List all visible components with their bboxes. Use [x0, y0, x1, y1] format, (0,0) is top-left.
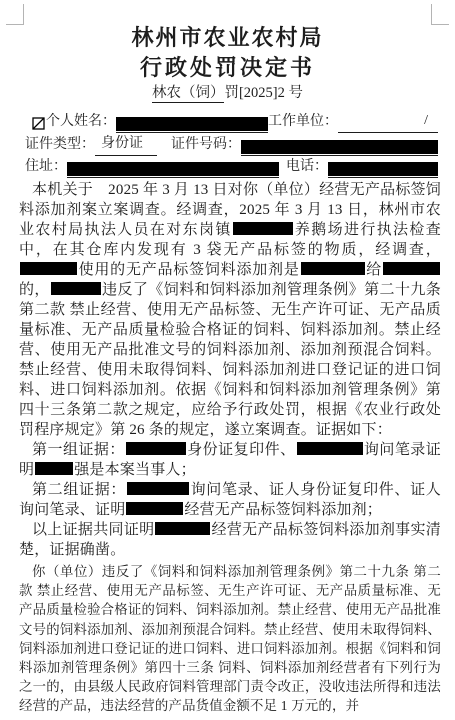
case-number-rest: 罚[2025]2 号: [224, 85, 303, 101]
redaction-box: [51, 282, 101, 295]
address-label: 住址：: [25, 156, 67, 178]
redaction-box: [328, 162, 438, 176]
redaction-box: [127, 482, 189, 495]
id-number-redaction: [241, 140, 438, 156]
redaction-box: [126, 502, 183, 515]
party-row-address: 住址： 电话：: [25, 156, 438, 178]
case-number: 林农（饲）罚[2025]2 号: [0, 84, 455, 103]
phone-label: 电话：: [286, 156, 328, 178]
redaction-box: [233, 222, 293, 235]
paragraph: 第一组证据：身份证复印件、询问笔录证明强是本案当事人；: [19, 440, 441, 480]
work-unit-label: 工作单位：: [268, 111, 338, 133]
org-title: 林州市农业农村局: [0, 24, 455, 51]
redaction-box: [116, 117, 268, 131]
crop-mark-top-right: [431, 4, 449, 25]
paragraph: 第二组证据：询问笔录、证人身份证复印件、证人询问笔录、证明经营无产品标签饲料添加…: [19, 480, 441, 520]
document-header: 林州市农业农村局 行政处罚决定书 林农（饲）罚[2025]2 号: [0, 24, 455, 103]
penalty-decision-document: 林州市农业农村局 行政处罚决定书 林农（饲）罚[2025]2 号 个人姓名： 工…: [0, 0, 455, 720]
id-type-value: 身份证: [95, 133, 157, 156]
redaction-box: [67, 162, 279, 176]
document-body: 本机关于 2025 年 3 月 13 日对你（单位）经营无产品标签饲料添加剂案立…: [19, 180, 441, 716]
doc-type-title: 行政处罚决定书: [0, 53, 455, 82]
party-info: 个人姓名： 工作单位： / 证件类型： 身份证 证件号码： 住址： 电话：: [25, 110, 438, 178]
redaction-box: [297, 442, 363, 455]
phone-redaction: [328, 162, 438, 178]
id-type-label: 证件类型：: [25, 134, 95, 156]
party-row-id: 证件类型： 身份证 证件号码：: [25, 133, 438, 156]
name-redaction: [116, 117, 268, 133]
paragraph: 本机关于 2025 年 3 月 13 日对你（单位）经营无产品标签饲料添加剂案立…: [19, 180, 441, 440]
redaction-box: [383, 262, 440, 275]
redaction-box: [35, 462, 73, 475]
crop-mark-top-left: [6, 4, 24, 25]
redaction-box: [126, 442, 186, 455]
paragraph: 以上证据共同证明经营无产品标签饲料添加剂事实清楚，证据确凿。: [19, 520, 441, 560]
address-redaction: [67, 162, 279, 178]
redaction-box: [241, 140, 438, 154]
paragraph: 你（单位）违反了《饲料和饲料添加剂管理条例》第二十九条 第二款 禁止经营、使用无…: [19, 562, 441, 716]
work-unit-value: /: [338, 110, 438, 133]
case-number-underlined: 林农（饲）: [152, 85, 225, 103]
party-row-name: 个人姓名： 工作单位： /: [25, 110, 438, 133]
redaction-box: [301, 262, 365, 275]
redaction-box: [155, 522, 210, 535]
id-number-label: 证件号码：: [171, 134, 241, 156]
checked-checkbox-icon: [32, 117, 45, 130]
redaction-box: [20, 262, 77, 275]
name-label: 个人姓名：: [46, 111, 116, 133]
